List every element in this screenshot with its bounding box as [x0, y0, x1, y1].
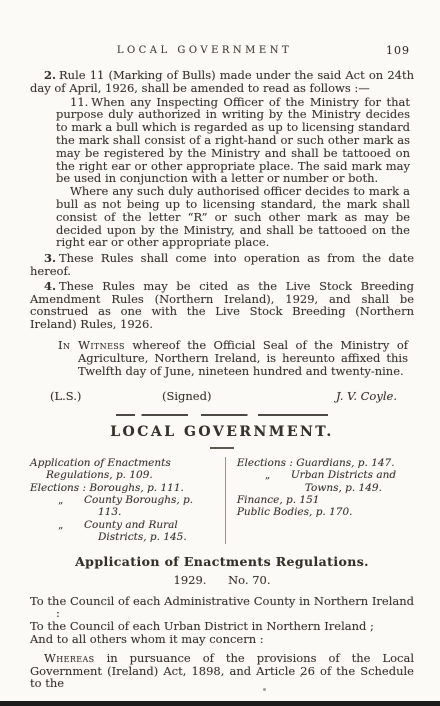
section-divider-rule — [116, 414, 328, 416]
index-left-column: Application of Enactments Regulations, p… — [30, 457, 226, 544]
index-entry-text: County Boroughs, p. 113. — [84, 494, 217, 519]
scan-speckle — [300, 675, 302, 677]
ditto-mark: „ — [58, 519, 84, 544]
ditto-mark: „ — [265, 469, 291, 494]
amended-rule-block: 11.When any Inspecting Officer of the Mi… — [56, 96, 410, 250]
addressee-line: And to all others whom it may concern : — [30, 633, 414, 646]
index-entry-text: Urban Districts and Towns, p. 149. — [291, 469, 414, 494]
index-entry: „ County Boroughs, p. 113. — [30, 494, 217, 519]
contents-index: Application of Enactments Regulations, p… — [30, 457, 414, 544]
index-entry: Public Bodies, p. 170. — [237, 506, 414, 518]
index-entry: Finance, p. 151 — [237, 494, 414, 506]
running-header: LOCAL GOVERNMENT 109 — [30, 44, 414, 58]
heading-dash-ornament — [210, 447, 234, 449]
paragraph-text: These Rules may be cited as the Live Sto… — [30, 279, 414, 331]
scanned-document-page: LOCAL GOVERNMENT 109 2.Rule 11 (Marking … — [0, 0, 440, 706]
scan-speckle — [263, 688, 266, 691]
index-entry: Elections : Boroughs, p. 111. — [30, 482, 217, 494]
regulation-year-number: 1929. No. 70. — [30, 573, 414, 587]
scan-edge-bar — [0, 701, 440, 706]
seal-abbreviation: (L.S.) — [50, 390, 162, 403]
index-entry: „ Urban Districts and Towns, p. 149. — [237, 469, 414, 494]
sub-rule-text: When any Inspecting Officer of the Minis… — [56, 95, 410, 186]
whereas-paragraph: Whereas in pursuance of the provisions o… — [30, 652, 414, 690]
witness-text: whereof the Official Seal of the Ministr… — [78, 338, 408, 378]
witness-clause: In Witness whereof the Official Seal of … — [58, 339, 408, 377]
sub-rule-paragraph: 11.When any Inspecting Officer of the Mi… — [56, 96, 410, 186]
section-heading-local-government: LOCAL GOVERNMENT. — [30, 424, 414, 440]
addressee-list: To the Council of each Administrative Co… — [30, 595, 414, 646]
index-entry: Application of Enactments Regulations, p… — [30, 457, 217, 482]
index-entry: Elections : Guardians, p. 147. — [237, 457, 414, 469]
signature-row: (L.S.) (Signed) J. V. Coyle. — [50, 390, 406, 403]
running-title: LOCAL GOVERNMENT — [117, 45, 292, 56]
regulations-heading: Application of Enactments Regulations. — [30, 554, 414, 569]
ditto-mark: „ — [58, 494, 84, 519]
index-entry-text: County and Rural Districts, p. 145. — [84, 519, 217, 544]
sub-rule-paragraph-2: Where any such duly authorised officer d… — [56, 185, 410, 249]
paragraph-rule-2: 2.Rule 11 (Marking of Bulls) made under … — [30, 69, 414, 95]
regulation-number: No. 70. — [228, 573, 270, 587]
index-right-column: Elections : Guardians, p. 147. „ Urban D… — [226, 457, 414, 544]
paragraph-rule-4: 4.These Rules may be cited as the Live S… — [30, 280, 414, 331]
addressee-line: To the Council of each Administrative Co… — [30, 595, 414, 621]
paragraph-text: These Rules shall come into operation as… — [30, 251, 414, 278]
paragraph-rule-3: 3.These Rules shall come into operation … — [30, 252, 414, 278]
paragraph-text: Rule 11 (Marking of Bulls) made under th… — [30, 68, 414, 95]
page-number: 109 — [386, 44, 410, 57]
page-content: LOCAL GOVERNMENT 109 2.Rule 11 (Marking … — [0, 0, 440, 690]
regulation-year: 1929. — [174, 573, 207, 587]
signature-name: J. V. Coyle. — [290, 390, 406, 403]
index-entry: „ County and Rural Districts, p. 145. — [30, 519, 217, 544]
signed-label: (Signed) — [162, 390, 290, 403]
